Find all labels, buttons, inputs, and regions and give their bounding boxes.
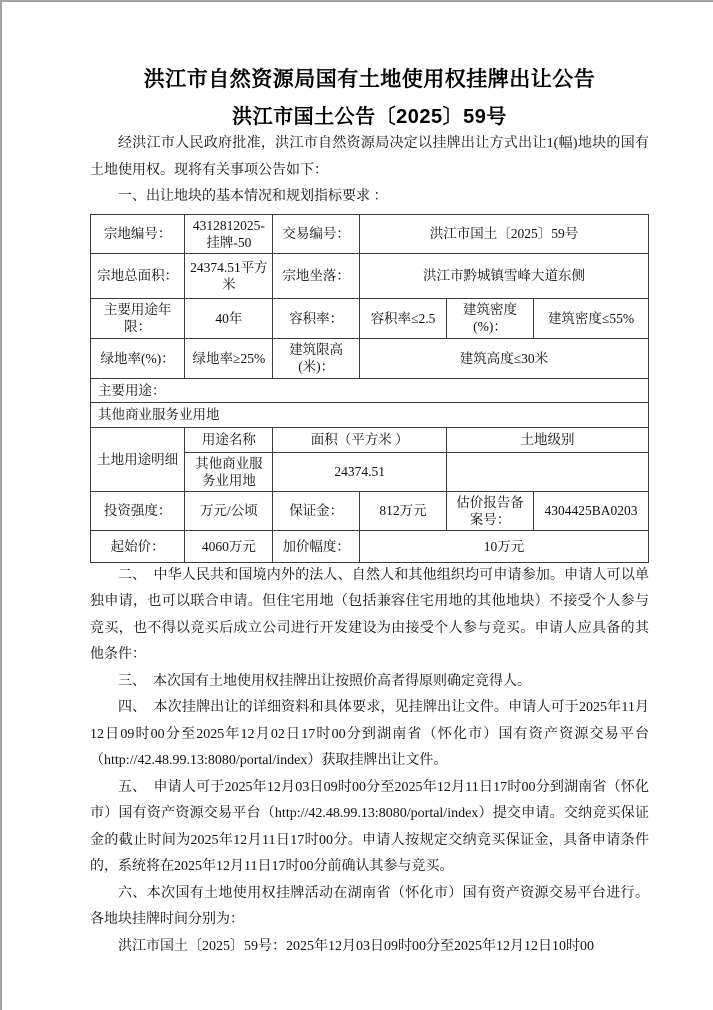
table-row: 其他商业服务业用地 [91,402,649,427]
starting-price-label: 起始价： [91,530,185,562]
appraisal-report-value: 4304425BA0203 [534,491,649,530]
height-limit-value: 建筑高度≤30米 [359,338,648,378]
starting-price-value: 4060万元 [185,530,273,562]
table-row: 绿地率(%)： 绿地率≥25% 建筑限高(米)： 建筑高度≤30米 [91,338,649,378]
table-row: 主要用途： [91,378,649,402]
main-use-value: 其他商业服务业用地 [91,402,649,427]
use-name-value: 其他商业服务业用地 [185,452,273,491]
deposit-value: 812万元 [359,491,446,530]
table-row: 土地用途明细 用途名称 面积（平方米 ） 土地级别 [91,427,649,452]
page-subtitle: 洪江市国土公告〔2025〕59号 [90,104,649,131]
parcel-info-table: 宗地编号： 4312812025-挂牌-50 交易编号： 洪江市国土〔2025〕… [90,214,649,563]
height-limit-label: 建筑限高(米)： [273,338,359,378]
announcement-page: 洪江市自然资源局国有土地使用权挂牌出让公告 洪江市国土公告〔2025〕59号 经… [0,0,713,1010]
deposit-label: 保证金： [273,491,359,530]
section-one-heading: 一、出让地块的基本情况和规划指标要求 ： [90,184,649,211]
appraisal-report-label: 估价报告备案号： [446,491,533,530]
increment-value: 10万元 [359,530,648,562]
table-row: 主要用途年限： 40年 容积率： 容积率≤2.5 建筑密度(%)： 建筑密度≤5… [91,298,649,338]
paragraph-application: 五、 申请人可于2025年12月03日09时00分至2025年12月11日17时… [90,775,649,881]
transaction-number-label: 交易编号： [273,214,359,253]
use-name-header: 用途名称 [185,427,273,452]
table-row: 投资强度： 万元/公顷 保证金： 812万元 估价报告备案号： 4304425B… [91,491,649,530]
table-row: 起始价： 4060万元 加价幅度： 10万元 [91,530,649,562]
investment-intensity-label: 投资强度： [91,491,185,530]
green-rate-label: 绿地率(%)： [91,338,185,378]
paragraph-applicants: 二、 中华人民共和国境内外的法人、自然人和其他组织均可申请参加。申请人可以单独申… [90,563,649,669]
area-value: 24374.51 [273,452,447,491]
table-row: 宗地总面积： 24374.51平方米 宗地坐落： 洪江市黔城镇雪峰大道东侧 [91,253,649,298]
building-density-label: 建筑密度(%)： [446,298,533,338]
intro-paragraph: 经洪江市人民政府批准，洪江市自然资源局决定以挂牌出让方式出让1(幅)地块的国有土… [90,131,649,184]
green-rate-value: 绿地率≥25% [185,338,273,378]
use-term-value: 40年 [185,298,273,338]
main-use-label: 主要用途： [91,378,649,402]
area-header: 面积（平方米 ） [273,427,447,452]
location-label: 宗地坐落： [273,253,359,298]
table-row: 宗地编号： 4312812025-挂牌-50 交易编号： 洪江市国土〔2025〕… [91,214,649,253]
parcel-number-value: 4312812025-挂牌-50 [185,214,273,253]
paragraph-listing-platform: 六、本次国有土地使用权挂牌活动在湖南省（怀化市）国有资产资源交易平台进行。各地块… [90,881,649,934]
total-area-value: 24374.51平方米 [185,253,273,298]
page-title: 洪江市自然资源局国有土地使用权挂牌出让公告 [90,66,649,94]
land-grade-header: 土地级别 [446,427,648,452]
use-detail-label: 土地用途明细 [91,427,185,491]
listing-time-line: 洪江市国土〔2025〕59号：2025年12月03日09时00分至2025年12… [90,934,649,961]
total-area-label: 宗地总面积： [91,253,185,298]
transaction-number-value: 洪江市国土〔2025〕59号 [359,214,648,253]
location-value: 洪江市黔城镇雪峰大道东侧 [359,253,648,298]
land-grade-value [446,452,648,491]
building-density-value: 建筑密度≤55% [534,298,649,338]
increment-label: 加价幅度： [273,530,359,562]
paragraph-documents: 四、 本次挂牌出让的详细资料和具体要求，见挂牌出让文件。申请人可于2025年11… [90,695,649,775]
paragraph-price-rule: 三、 本次国有土地使用权挂牌出让按照价高者得原则确定竞得人。 [90,669,649,696]
parcel-number-label: 宗地编号： [91,214,185,253]
investment-intensity-value: 万元/公顷 [185,491,273,530]
use-term-label: 主要用途年限： [91,298,185,338]
plot-ratio-value: 容积率≤2.5 [359,298,446,338]
plot-ratio-label: 容积率： [273,298,359,338]
